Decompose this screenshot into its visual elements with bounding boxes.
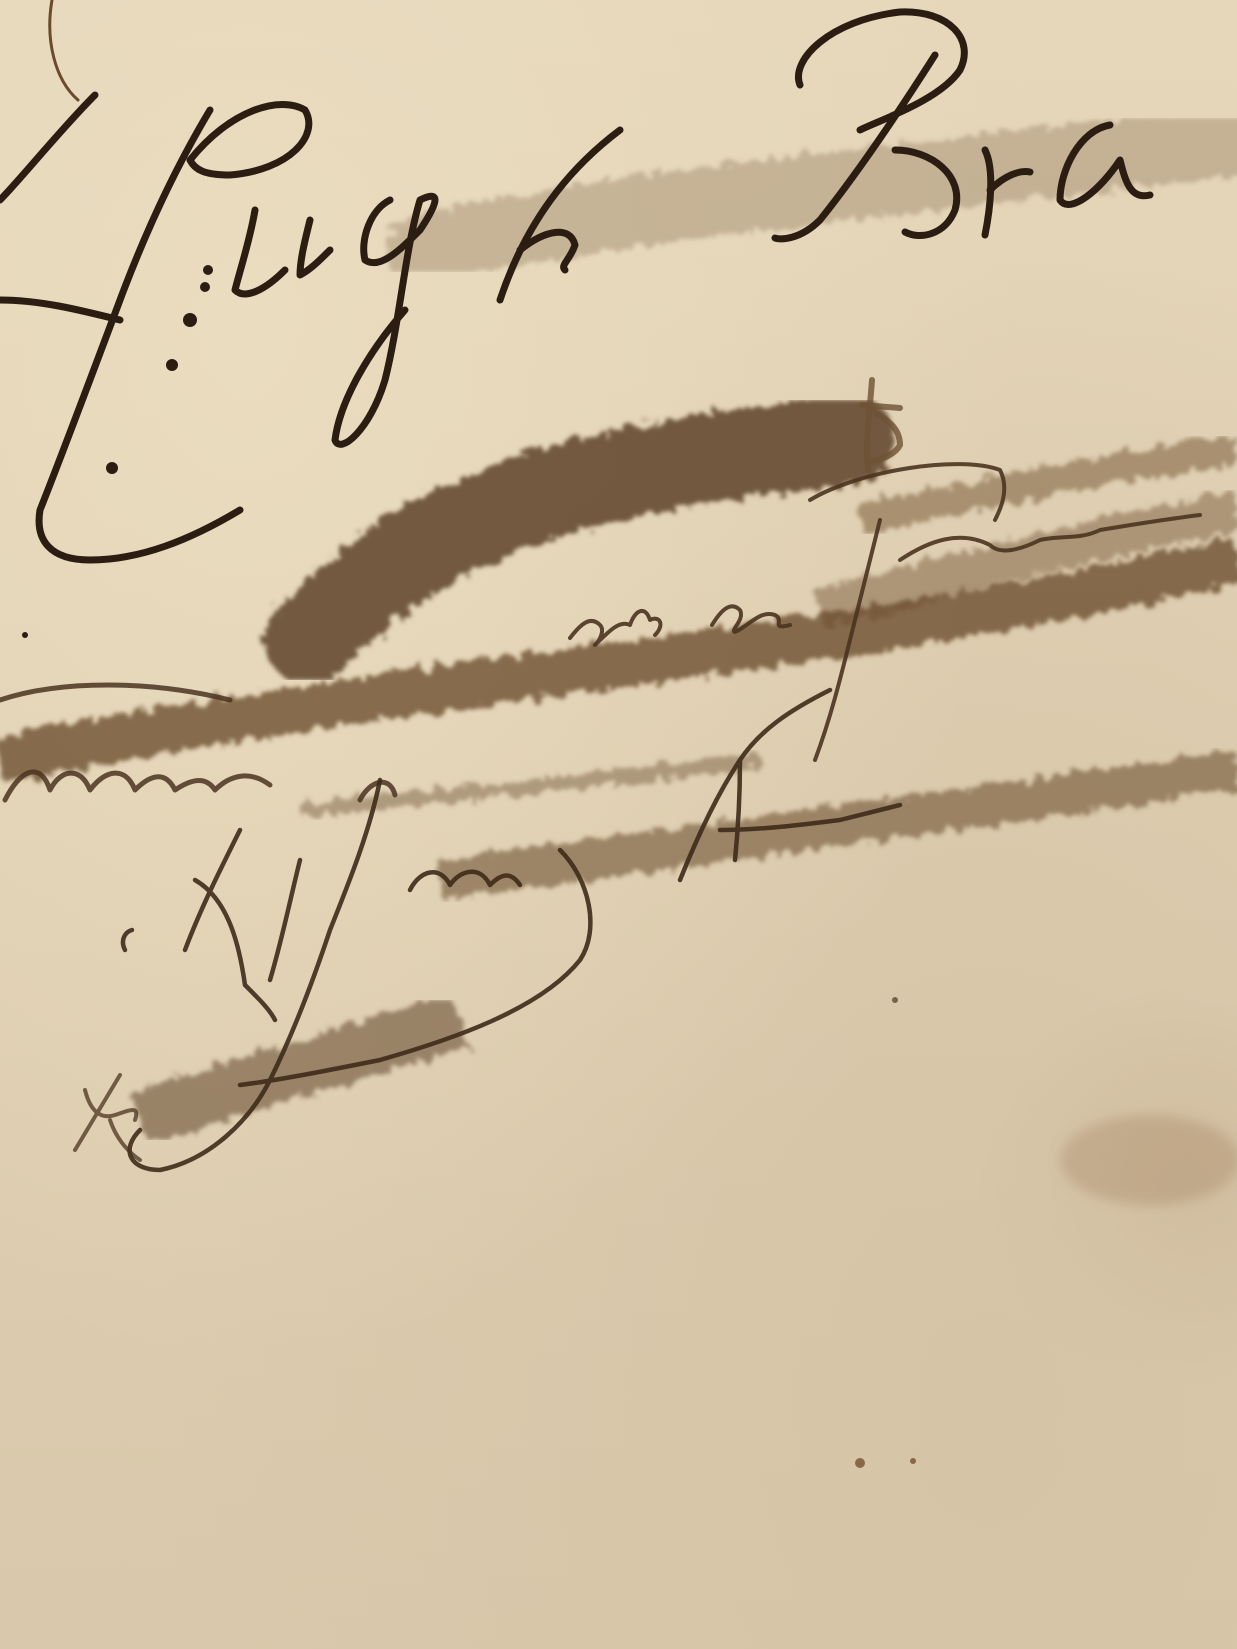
manuscript-page: Hugh Bra k nk wa fha me ancie Kife any A… xyxy=(0,0,1237,1649)
scribble-line-1 xyxy=(570,464,1200,760)
scribble-line-3 xyxy=(123,690,900,1170)
scribble-line-2 xyxy=(0,685,395,800)
faint-loop-top xyxy=(50,0,78,100)
ink-writing xyxy=(0,0,1237,1649)
mark-k xyxy=(862,380,900,470)
heading-calligraphy xyxy=(0,12,1150,560)
